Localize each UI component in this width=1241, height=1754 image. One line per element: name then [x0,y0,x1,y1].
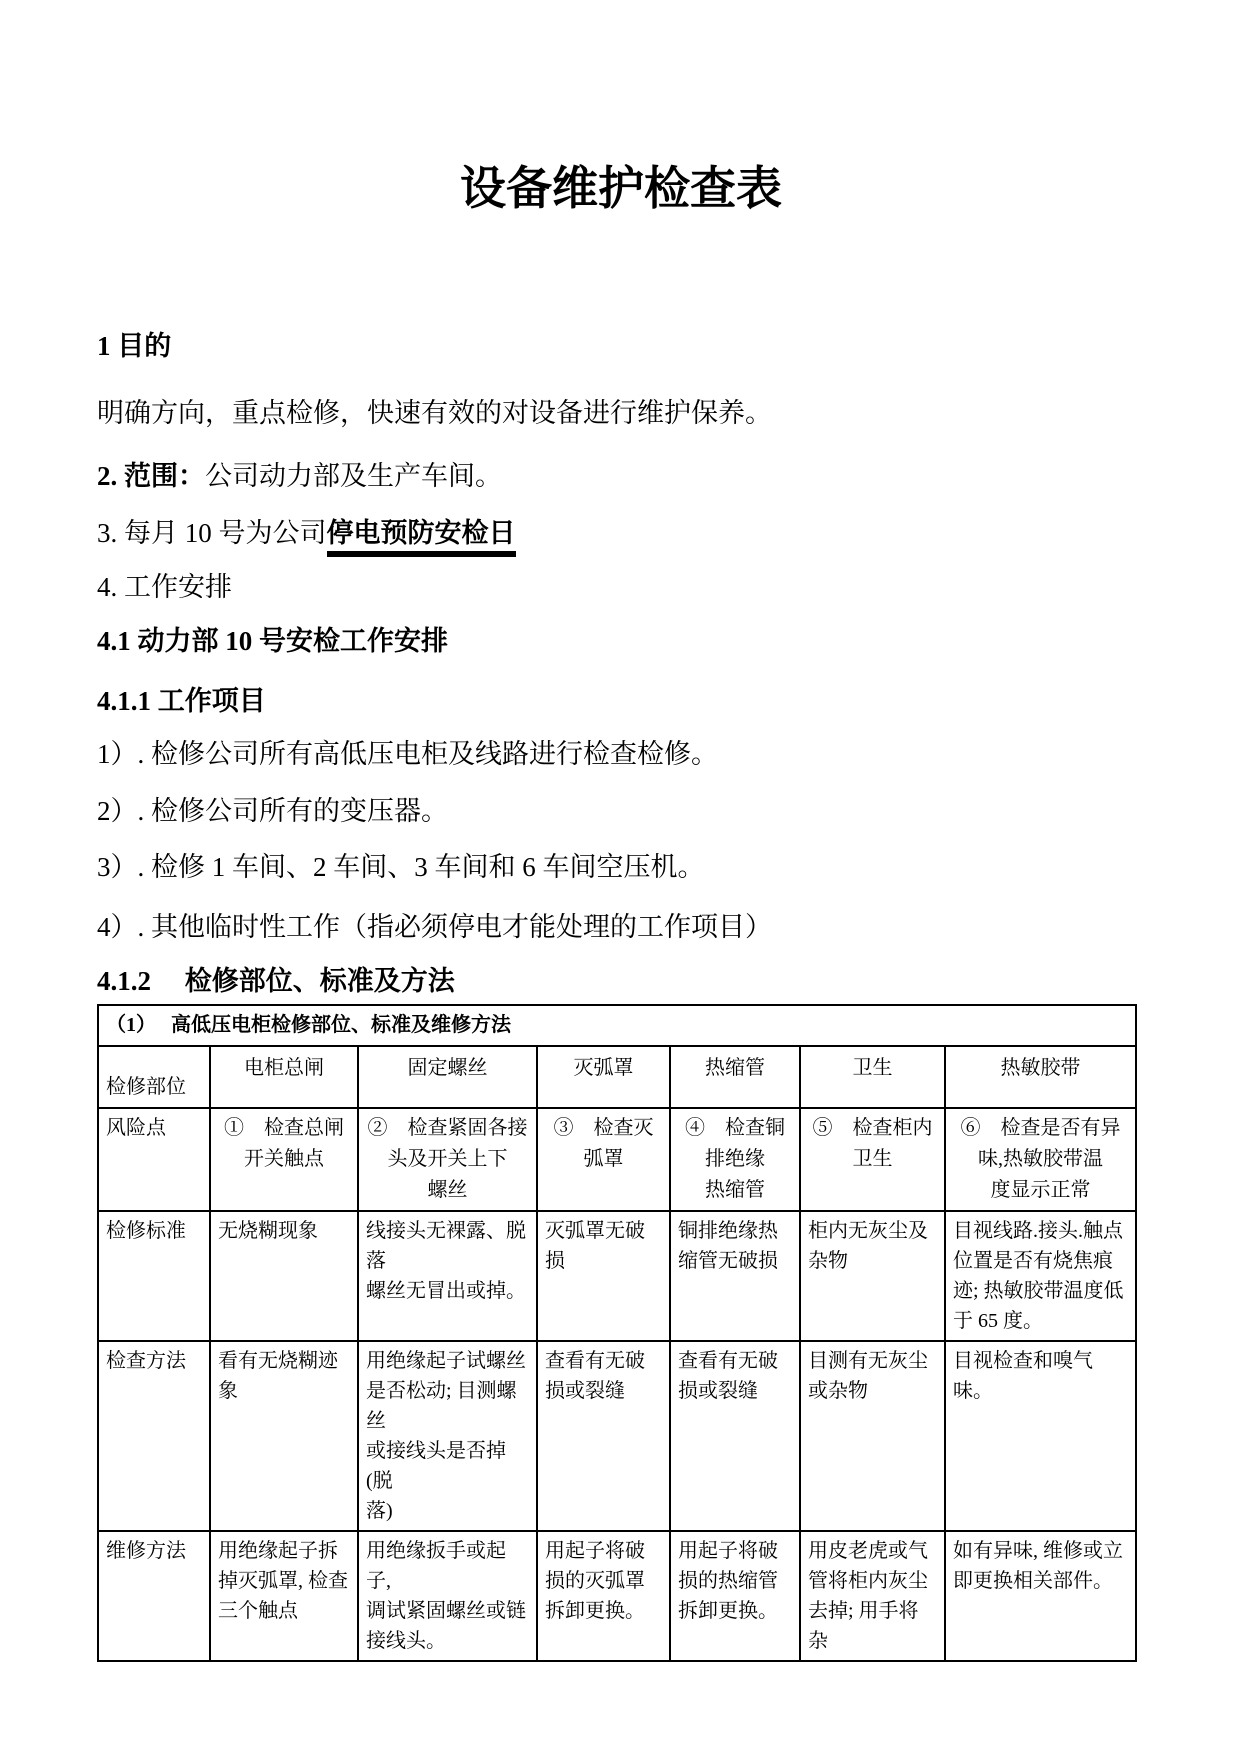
heading-purpose: 1 目的 [97,329,1145,363]
table-cell: ③ 检查灭 弧罩 [537,1108,670,1211]
table-cell: 用起子将破 损的热缩管 拆卸更换。 [670,1531,800,1661]
column-header-hygiene: 卫生 [800,1046,945,1108]
column-header-arc-chute: 灭弧罩 [537,1046,670,1108]
table-cell: 看有无烧糊迹 象 [210,1341,358,1531]
table-cell: 目视检查和嗅气味。 [945,1341,1136,1531]
table-cell: ② 检查紧固各接 头及开关上下 螺丝 [358,1108,537,1211]
page-title: 设备维护检查表 [97,162,1145,216]
row-label-risk-points: 风险点 [98,1108,210,1211]
column-header-fixing-screws: 固定螺丝 [358,1046,537,1108]
table-cell: 查看有无破 损或裂缝 [670,1341,800,1531]
row-label-repair-standard: 检修标准 [98,1211,210,1341]
heading-4-1-1: 4.1.1 工作项目 [97,684,1145,718]
work-item-4: 4）. 其他临时性工作（指必须停电才能处理的工作项目） [97,910,1145,944]
column-header-heat-shrink-tube: 热缩管 [670,1046,800,1108]
heading-4-1-2: 4.1.2 检修部位、标准及方法 [97,964,1145,998]
table-cell: 目测有无灰尘 或杂物 [800,1341,945,1531]
table-cell: ④ 检查铜 排绝缘 热缩管 [670,1108,800,1211]
row-label-repair-method: 维修方法 [98,1531,210,1661]
paragraph-purpose: 明确方向，重点检修，快速有效的对设备进行维护保养。 [97,396,1145,430]
scope-text: 公司动力部及生产车间。 [205,461,502,491]
table-caption: （1） 高低压电柜检修部位、标准及维修方法 [98,1005,1136,1046]
work-item-3: 3）. 检修 1 车间、2 车间、3 车间和 6 车间空压机。 [97,850,1145,884]
table-cell: 灭弧罩无破 损 [537,1211,670,1341]
table-cell: 柜内无灰尘及 杂物 [800,1211,945,1341]
table-cell: 用绝缘扳手或起子, 调试紧固螺丝或链 接线头。 [358,1531,537,1661]
table-cell: 用皮老虎或气 管将柜内灰尘 去掉; 用手将杂 [800,1531,945,1661]
table-cell: 线接头无裸露、脱落 螺丝无冒出或掉。 [358,1211,537,1341]
safety-day-highlight: 停电预防安检日 [327,518,516,557]
row-label-check-method: 检查方法 [98,1341,210,1531]
document-page: 设备维护检查表 1 目的 明确方向，重点检修，快速有效的对设备进行维护保养。 2… [0,0,1241,1754]
column-header-inspection-part: 检修部位 [98,1046,210,1108]
table-cell: ⑥ 检查是否有异 味,热敏胶带温 度显示正常 [945,1108,1136,1211]
item-scope: 2. 范围：公司动力部及生产车间。 [97,459,1145,493]
table-cell: 铜排绝缘热 缩管无破损 [670,1211,800,1341]
safety-day-prefix: 3. 每月 10 号为公司 [97,518,327,548]
table-cell: 目视线路.接头.触点 位置是否有烧焦痕 迹; 热敏胶带温度低 于 65 度。 [945,1211,1136,1341]
table-cell: 用绝缘起子拆 掉灭弧罩, 检查 三个触点 [210,1531,358,1661]
table-cell: 查看有无破 损或裂缝 [537,1341,670,1531]
work-item-2: 2）. 检修公司所有的变压器。 [97,794,1145,828]
table-cell: 用起子将破 损的灭弧罩 拆卸更换。 [537,1531,670,1661]
table-cell: ⑤ 检查柜内 卫生 [800,1108,945,1211]
column-header-main-switch: 电柜总闸 [210,1046,358,1108]
table-cell: ① 检查总闸 开关触点 [210,1108,358,1211]
maintenance-table: （1） 高低压电柜检修部位、标准及维修方法 检修部位 电柜总闸 固定螺丝 灭弧罩… [97,1004,1137,1662]
table-cell: 用绝缘起子试螺丝 是否松动; 目测螺丝 或接线头是否掉(脱 落) [358,1341,537,1531]
scope-label: 2. 范围： [97,461,205,491]
table-cell: 无烧糊现象 [210,1211,358,1341]
item-safety-day: 3. 每月 10 号为公司停电预防安检日 [97,516,1145,550]
heading-4-1: 4.1 动力部 10 号安检工作安排 [97,624,1145,658]
table-cell: 如有异味, 维修或立 即更换相关部件。 [945,1531,1136,1661]
column-header-thermal-tape: 热敏胶带 [945,1046,1136,1108]
work-item-1: 1）. 检修公司所有高低压电柜及线路进行检查检修。 [97,737,1145,771]
item-work-plan: 4. 工作安排 [97,570,1145,604]
